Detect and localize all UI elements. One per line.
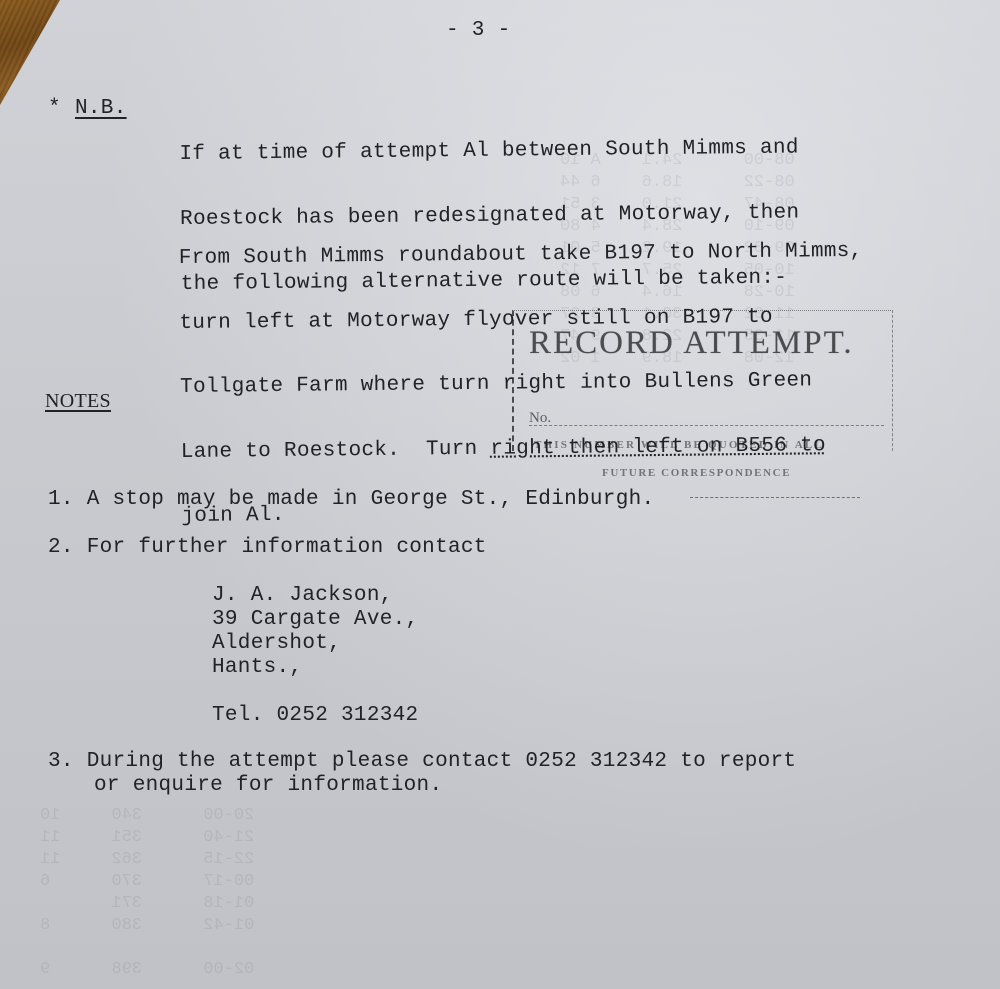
note-number: 3.	[48, 750, 74, 773]
note-text: A stop may be made in George St., Edinbu…	[87, 488, 655, 511]
contact-town: Aldershot,	[212, 633, 341, 655]
nb-paragraph-line: If at time of attempt Al between South M…	[179, 138, 798, 165]
note-number: 2.	[48, 536, 74, 559]
note-text: For further information contact	[87, 536, 487, 559]
contact-county: Hants.,	[212, 657, 302, 679]
note-number: 1.	[48, 488, 74, 511]
contact-name: J. A. Jackson,	[212, 585, 393, 607]
stamp-number-field: No.	[529, 411, 884, 426]
stamp-note: FUTURE CORRESPONDENCE	[602, 467, 791, 479]
contact-street: 39 Cargate Ave.,	[212, 609, 418, 631]
route-line: From South Mimms roundabout take B197 to…	[179, 241, 863, 269]
contact-telephone: Tel. 0252 312342	[212, 705, 418, 727]
note-text: During the attempt please contact 0252 3…	[87, 750, 797, 773]
note-item-2: 2. For further information contact	[48, 537, 487, 559]
note-item-3: 3. During the attempt please contact 025…	[48, 751, 796, 773]
note-item-3-continuation: or enquire for information.	[94, 775, 442, 797]
nb-asterisk: *	[48, 98, 61, 120]
stamp-dashed-line	[690, 497, 860, 498]
record-attempt-stamp: RECORD ATTEMPT. No. THIS NUMBER WILL BE …	[512, 310, 893, 451]
notes-heading: NOTES	[45, 390, 111, 412]
route-line-start: Lane to Roestock. Turn	[181, 437, 491, 463]
note-item-1: 1. A stop may be made in George St., Edi…	[48, 489, 654, 511]
nb-label: N.B.	[75, 98, 127, 120]
page-number: - 3 -	[446, 20, 511, 42]
stamp-title: RECORD ATTEMPT.	[529, 325, 854, 362]
stamp-note: THIS NUMBER WILL BE QUOTED IN ALL	[534, 439, 824, 451]
